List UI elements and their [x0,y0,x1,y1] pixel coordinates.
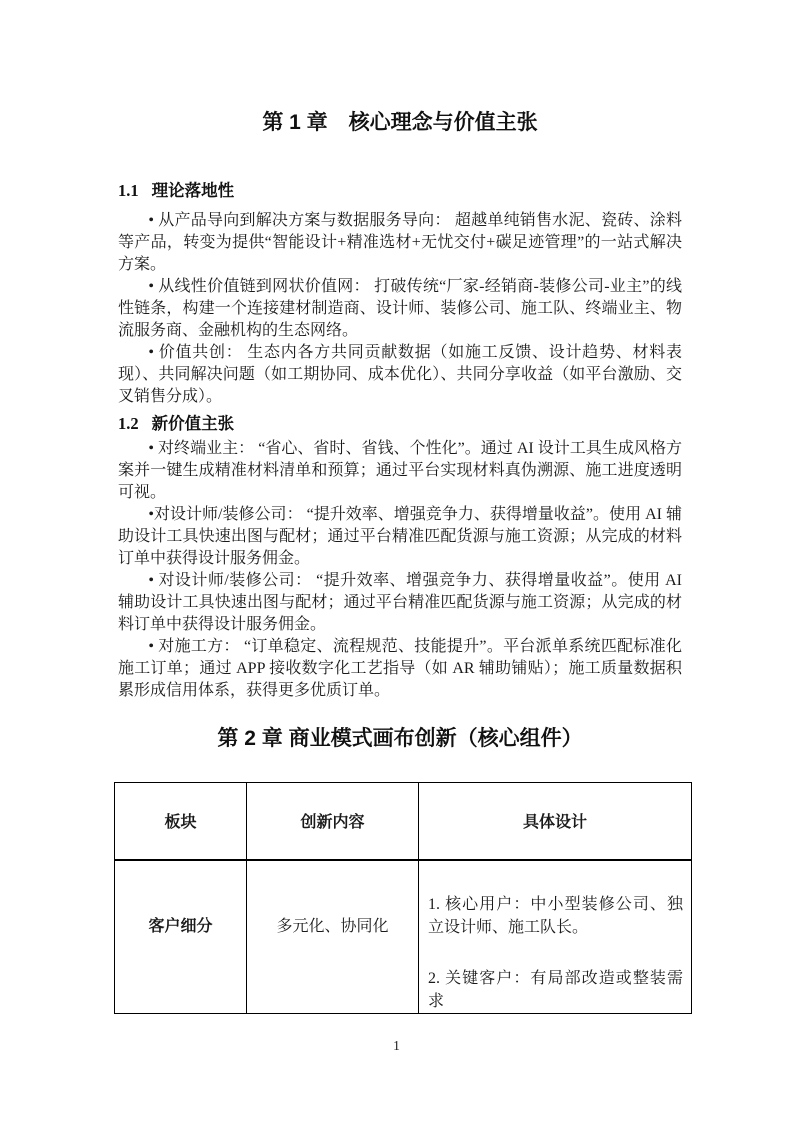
bullet-paragraph: • 从线性价值链到网状价值网： 打破传统“厂家-经销商-装修公司-业主”的线性链… [118,276,682,342]
bullet-paragraph: • 对终端业主： “省心、省时、省钱、个性化”。通过 AI 设计工具生成风格方案… [118,438,682,504]
table-header-row: 板块 创新内容 具体设计 [115,783,692,860]
bullet-paragraph: •对设计师/装修公司： “提升效率、增强竞争力、获得增量收益”。使用 AI 辅助… [118,504,682,570]
section-1-1-heading: 1.1理论落地性 [118,180,682,202]
bullet-paragraph: • 从产品导向到解决方案与数据服务导向： 超越单纯销售水泥、瓷砖、涂料等产品，转… [118,210,682,276]
table-header-block: 板块 [115,783,247,860]
section-1-2: 1.2新价值主张 • 对终端业主： “省心、省时、省钱、个性化”。通过 AI 设… [118,413,682,702]
table-row: 客户细分 多元化、协同化 1. 核心用户：中小型装修公司、独立设计师、施工队长。… [115,860,692,1014]
bullet-paragraph: • 对施工方： “订单稳定、流程规范、技能提升”。平台派单系统匹配标准化施工订单… [118,636,682,702]
section-1-2-title: 新价值主张 [152,415,235,433]
section-1-1-title: 理论落地性 [152,182,235,200]
cell-design: 1. 核心用户：中小型装修公司、独立设计师、施工队长。 2. 关键客户：有局部改… [419,860,692,1014]
section-1-2-heading: 1.2新价值主张 [118,413,682,435]
table-header-design: 具体设计 [419,783,692,860]
design-paragraph: 2. 关键客户：有局部改造或整装需求 [428,967,683,1013]
document-page: 第 1 章 核心理念与价值主张 1.1理论落地性 • 从产品导向到解决方案与数据… [0,0,793,1122]
section-1-1-number: 1.1 [118,181,139,200]
cell-innovation: 多元化、协同化 [247,860,419,1014]
section-1-2-number: 1.2 [118,414,139,433]
page-number: 1 [0,1038,793,1054]
bullet-paragraph: • 价值共创： 生态内各方共同贡献数据（如施工反馈、设计趋势、材料表现）、共同解… [118,342,682,408]
page-content: 第 1 章 核心理念与价值主张 1.1理论落地性 • 从产品导向到解决方案与数据… [118,0,682,1014]
design-paragraph: 1. 核心用户：中小型装修公司、独立设计师、施工队长。 [428,893,683,939]
cell-block: 客户细分 [115,860,247,1014]
chapter-1-title: 第 1 章 核心理念与价值主张 [118,108,682,138]
bullet-paragraph: • 对设计师/装修公司： “提升效率、增强竞争力、获得增量收益”。使用 AI 辅… [118,570,682,636]
business-model-table: 板块 创新内容 具体设计 客户细分 多元化、协同化 1. 核心用户：中小型装修公… [114,782,692,1014]
chapter-2-title: 第 2 章 商业模式画布创新（核心组件） [118,725,682,753]
table-header-innovation: 创新内容 [247,783,419,860]
section-1-1: 1.1理论落地性 • 从产品导向到解决方案与数据服务导向： 超越单纯销售水泥、瓷… [118,180,682,408]
